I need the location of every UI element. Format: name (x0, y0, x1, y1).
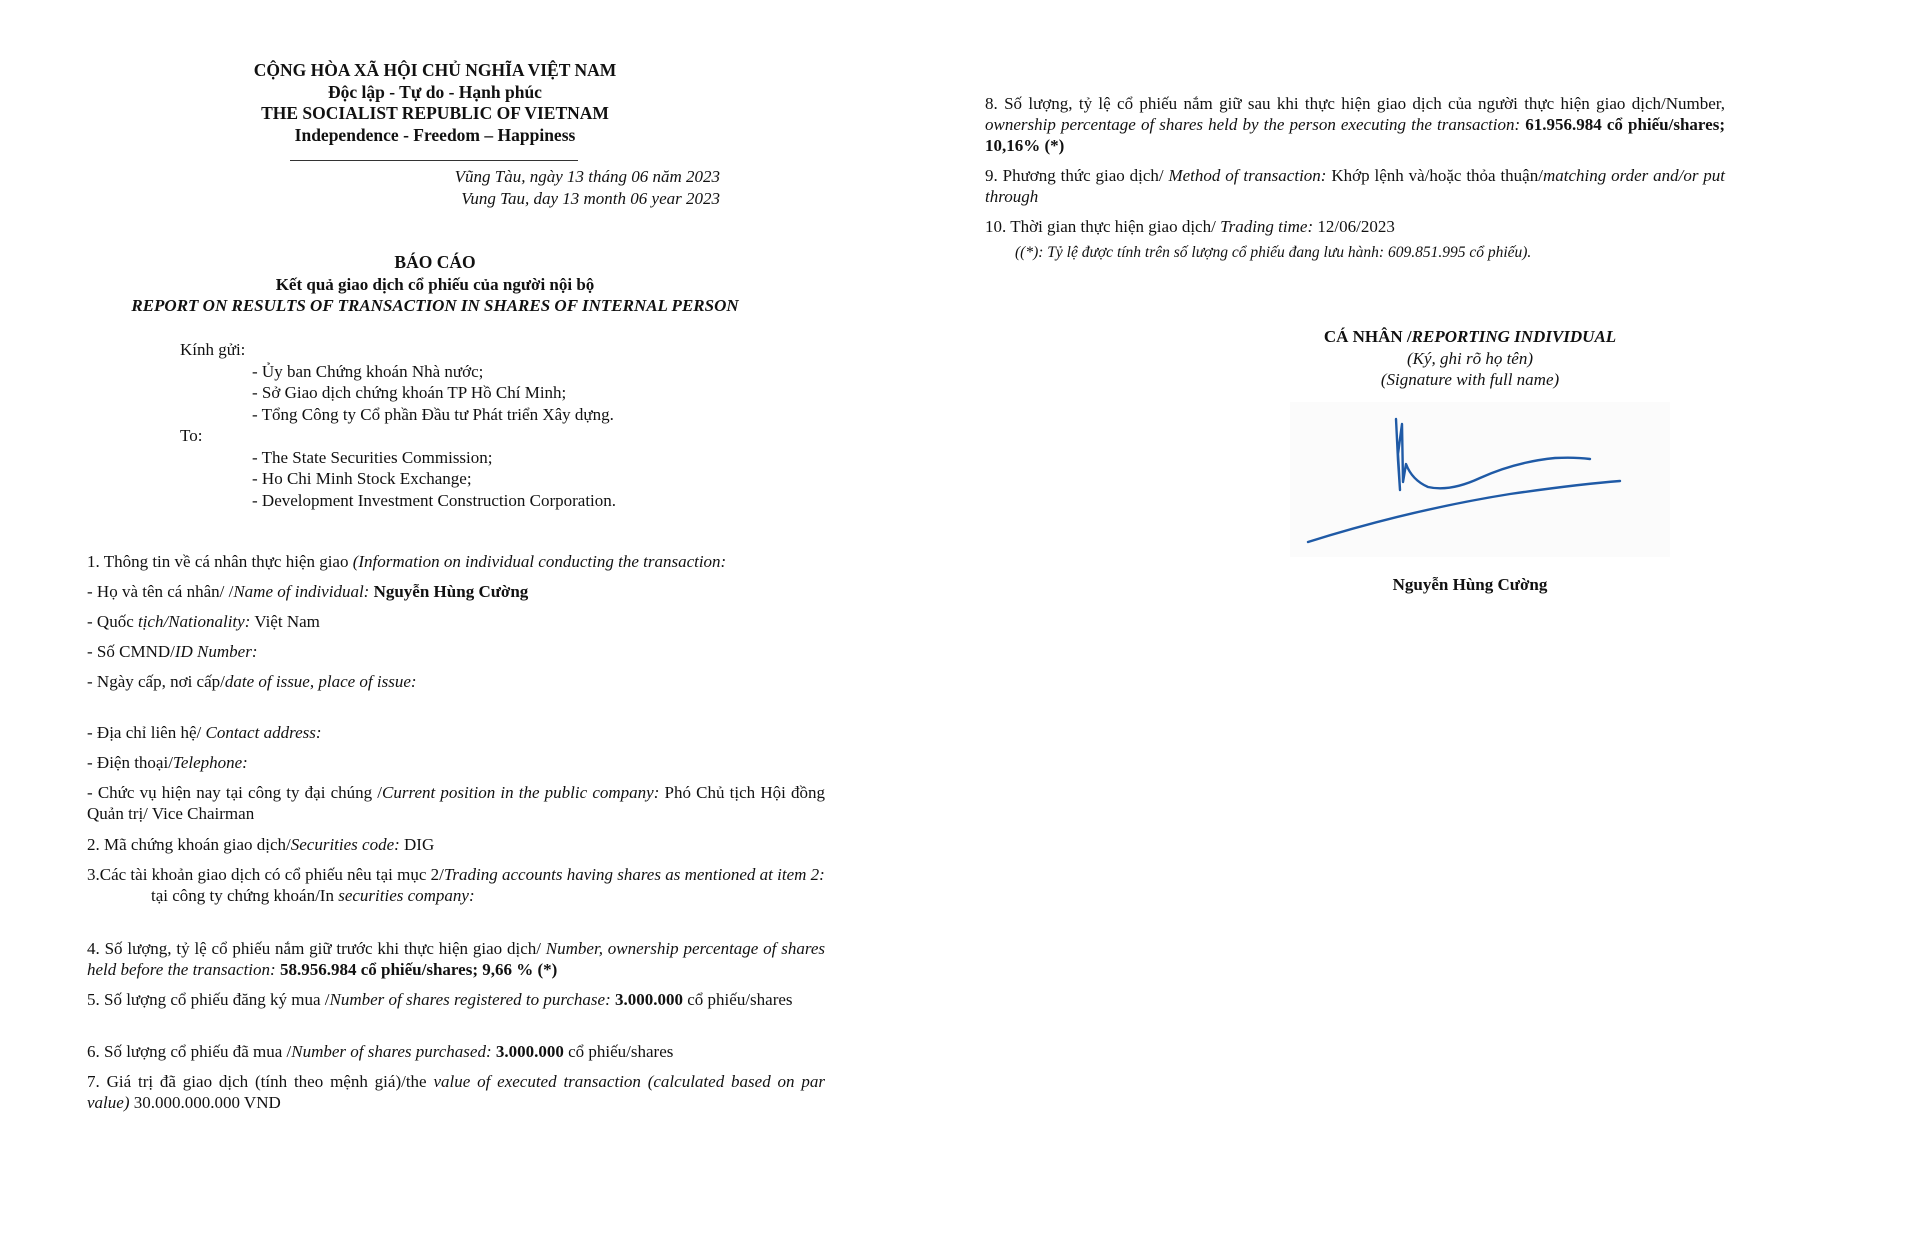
field-label: Telephone: (173, 753, 248, 772)
footnote: ((*): Tỷ lệ được tính trên số lượng cổ p… (985, 242, 1725, 263)
national-header: CỘNG HÒA XÃ HỘI CHỦ NGHĨA VIỆT NAM Độc l… (80, 60, 790, 146)
section-4: 4. Số lượng, tỷ lệ cổ phiếu nắm giữ trướ… (87, 938, 825, 980)
shares-purchased: 3.000.000 (496, 1042, 564, 1061)
header-divider (290, 160, 578, 161)
section-6: 6. Số lượng cổ phiếu đã mua /Number of s… (87, 1041, 673, 1062)
field-value: Khớp lệnh và/hoặc thỏa thuận/ (1331, 166, 1543, 185)
motto-en: Independence - Freedom – Happiness (80, 125, 790, 147)
field-label: Method of transaction: (1168, 166, 1326, 185)
right-column: 8. Số lượng, tỷ lệ cổ phiếu nắm giữ sau … (985, 93, 1725, 272)
field-label: 2. Mã chứng khoán giao dịch/ (87, 835, 291, 854)
date-en: Vung Tau, day 13 month 06 year 2023 (300, 188, 720, 210)
field-id-number: - Số CMND/ID Number: (87, 641, 258, 662)
signature-note-vi: (Ký, ghi rõ họ tên) (1260, 348, 1680, 370)
signer-title-en: REPORTING INDIVIDUAL (1412, 327, 1617, 346)
signer-name: Nguyễn Hùng Cường (1260, 575, 1680, 595)
field-label: 3.Các tài khoản giao dịch có cổ phiếu nê… (87, 865, 444, 884)
field-label: ownership percentage of shares held by t… (985, 115, 1520, 134)
field-label: Trading time: (1220, 217, 1313, 236)
field-issue: - Ngày cấp, nơi cấp/date of issue, place… (87, 671, 417, 692)
section-10: 10. Thời gian thực hiện giao dịch/ Tradi… (985, 216, 1725, 237)
field-label: ID Number: (175, 642, 258, 661)
country-name-vi: CỘNG HÒA XÃ HỘI CHỦ NGHĨA VIỆT NAM (80, 60, 790, 82)
signature-note-en: (Signature with full name) (1260, 369, 1680, 391)
country-name-en: THE SOCIALIST REPUBLIC OF VIETNAM (80, 103, 790, 125)
field-value: Nguyễn Hùng Cường (374, 582, 529, 601)
recipient-item: - Development Investment Construction Co… (180, 490, 616, 512)
field-label: 4. Số lượng, tỷ lệ cổ phiếu nắm giữ trướ… (87, 939, 546, 958)
section-9: 9. Phương thức giao dịch/ Method of tran… (985, 165, 1725, 207)
field-name: - Họ và tên cá nhân/ /Name of individual… (87, 581, 528, 602)
field-label: Number of shares registered to purchase: (329, 990, 610, 1009)
field-label: - Họ và tên cá nhân/ / (87, 582, 233, 601)
field-label: - Điện thoại/ (87, 753, 173, 772)
field-label: 7. Giá trị đã giao dịch (tính theo mệnh … (87, 1072, 433, 1091)
field-label: Number of shares purchased: (291, 1042, 491, 1061)
unit: cổ phiếu/shares (568, 1042, 673, 1061)
field-label: Contact address: (206, 723, 322, 742)
field-label: 10. Thời gian thực hiện giao dịch/ (985, 217, 1220, 236)
signature-image (1290, 402, 1670, 557)
motto-vi: Độc lập - Tự do - Hạnh phúc (80, 82, 790, 104)
field-label: tịch/Nationality: (138, 612, 250, 631)
field-label: 6. Số lượng cổ phiếu đã mua / (87, 1042, 291, 1061)
field-position: - Chức vụ hiện nay tại công ty đại chúng… (87, 782, 825, 824)
section-5: 5. Số lượng cổ phiếu đăng ký mua /Number… (87, 989, 825, 1010)
field-label: Current position in the public company: (382, 783, 659, 802)
section-7: 7. Giá trị đã giao dịch (tính theo mệnh … (87, 1071, 825, 1113)
section-1-heading-en: (Information on individual conducting th… (353, 552, 727, 571)
field-label: - Chức vụ hiện nay tại công ty đại chúng… (87, 783, 382, 802)
date-vi: Vũng Tàu, ngày 13 tháng 06 năm 2023 (300, 166, 720, 188)
title-sub-en: REPORT ON RESULTS OF TRANSACTION IN SHAR… (80, 295, 790, 317)
title-main: BÁO CÁO (80, 252, 790, 274)
title-sub-vi: Kết quả giao dịch cổ phiếu của người nội… (80, 274, 790, 296)
trading-date: 12/06/2023 (1317, 217, 1394, 236)
securities-code: DIG (404, 835, 434, 854)
field-label: tại công ty chứng khoán/In (151, 886, 338, 905)
recipients: Kính gửi: - Ủy ban Chứng khoán Nhà nước;… (180, 339, 616, 511)
field-label: Name of individual: (233, 582, 369, 601)
section-1-heading: 1. Thông tin về cá nhân thực hiện giao (… (87, 551, 807, 572)
recipients-label-vi: Kính gửi: (180, 339, 616, 361)
section-3: 3.Các tài khoản giao dịch có cổ phiếu nê… (87, 864, 825, 906)
recipient-item: - Tổng Công ty Cổ phần Đầu tư Phát triển… (180, 404, 616, 426)
section-2: 2. Mã chứng khoán giao dịch/Securities c… (87, 834, 434, 855)
section-1-heading-vi: 1. Thông tin về cá nhân thực hiện giao (87, 552, 353, 571)
recipient-item: - Sở Giao dịch chứng khoán TP Hồ Chí Min… (180, 382, 616, 404)
field-address: - Địa chỉ liên hệ/ Contact address: (87, 722, 322, 743)
recipients-label-en: To: (180, 425, 616, 447)
field-label: Trading accounts having shares as mentio… (444, 865, 825, 884)
field-label: 8. Số lượng, tỷ lệ cổ phiếu nắm giữ sau … (985, 94, 1725, 113)
field-label: - Địa chỉ liên hệ/ (87, 723, 206, 742)
field-nationality: - Quốc tịch/Nationality: Việt Nam (87, 611, 320, 632)
field-label: - Quốc (87, 612, 138, 631)
field-phone: - Điện thoại/Telephone: (87, 752, 248, 773)
field-label: Securities code: (291, 835, 400, 854)
report-title: BÁO CÁO Kết quả giao dịch cổ phiếu của n… (80, 252, 790, 317)
field-label: 5. Số lượng cổ phiếu đăng ký mua / (87, 990, 329, 1009)
document-date: Vũng Tàu, ngày 13 tháng 06 năm 2023 Vung… (300, 166, 720, 209)
recipient-item: - Ủy ban Chứng khoán Nhà nước; (180, 361, 616, 383)
signer-title-vi: CÁ NHÂN / (1324, 327, 1412, 346)
field-label: - Số CMND/ (87, 642, 175, 661)
signature-block: CÁ NHÂN /REPORTING INDIVIDUAL (Ký, ghi r… (1260, 326, 1680, 391)
field-label: 9. Phương thức giao dịch/ (985, 166, 1168, 185)
field-label: securities company: (338, 886, 474, 905)
shares-registered: 3.000.000 (615, 990, 683, 1009)
section-8: 8. Số lượng, tỷ lệ cổ phiếu nắm giữ sau … (985, 93, 1725, 156)
unit: cổ phiếu/shares (687, 990, 792, 1009)
recipient-item: - The State Securities Commission; (180, 447, 616, 469)
field-value: Việt Nam (254, 612, 320, 631)
holding-before: 58.956.984 cổ phiếu/shares; 9,66 % (*) (280, 960, 557, 979)
field-label: date of issue, place of issue: (225, 672, 417, 691)
recipient-item: - Ho Chi Minh Stock Exchange; (180, 468, 616, 490)
handwritten-signature (1290, 402, 1670, 557)
transaction-value: 30.000.000.000 VND (134, 1093, 281, 1112)
field-label: - Ngày cấp, nơi cấp/ (87, 672, 225, 691)
